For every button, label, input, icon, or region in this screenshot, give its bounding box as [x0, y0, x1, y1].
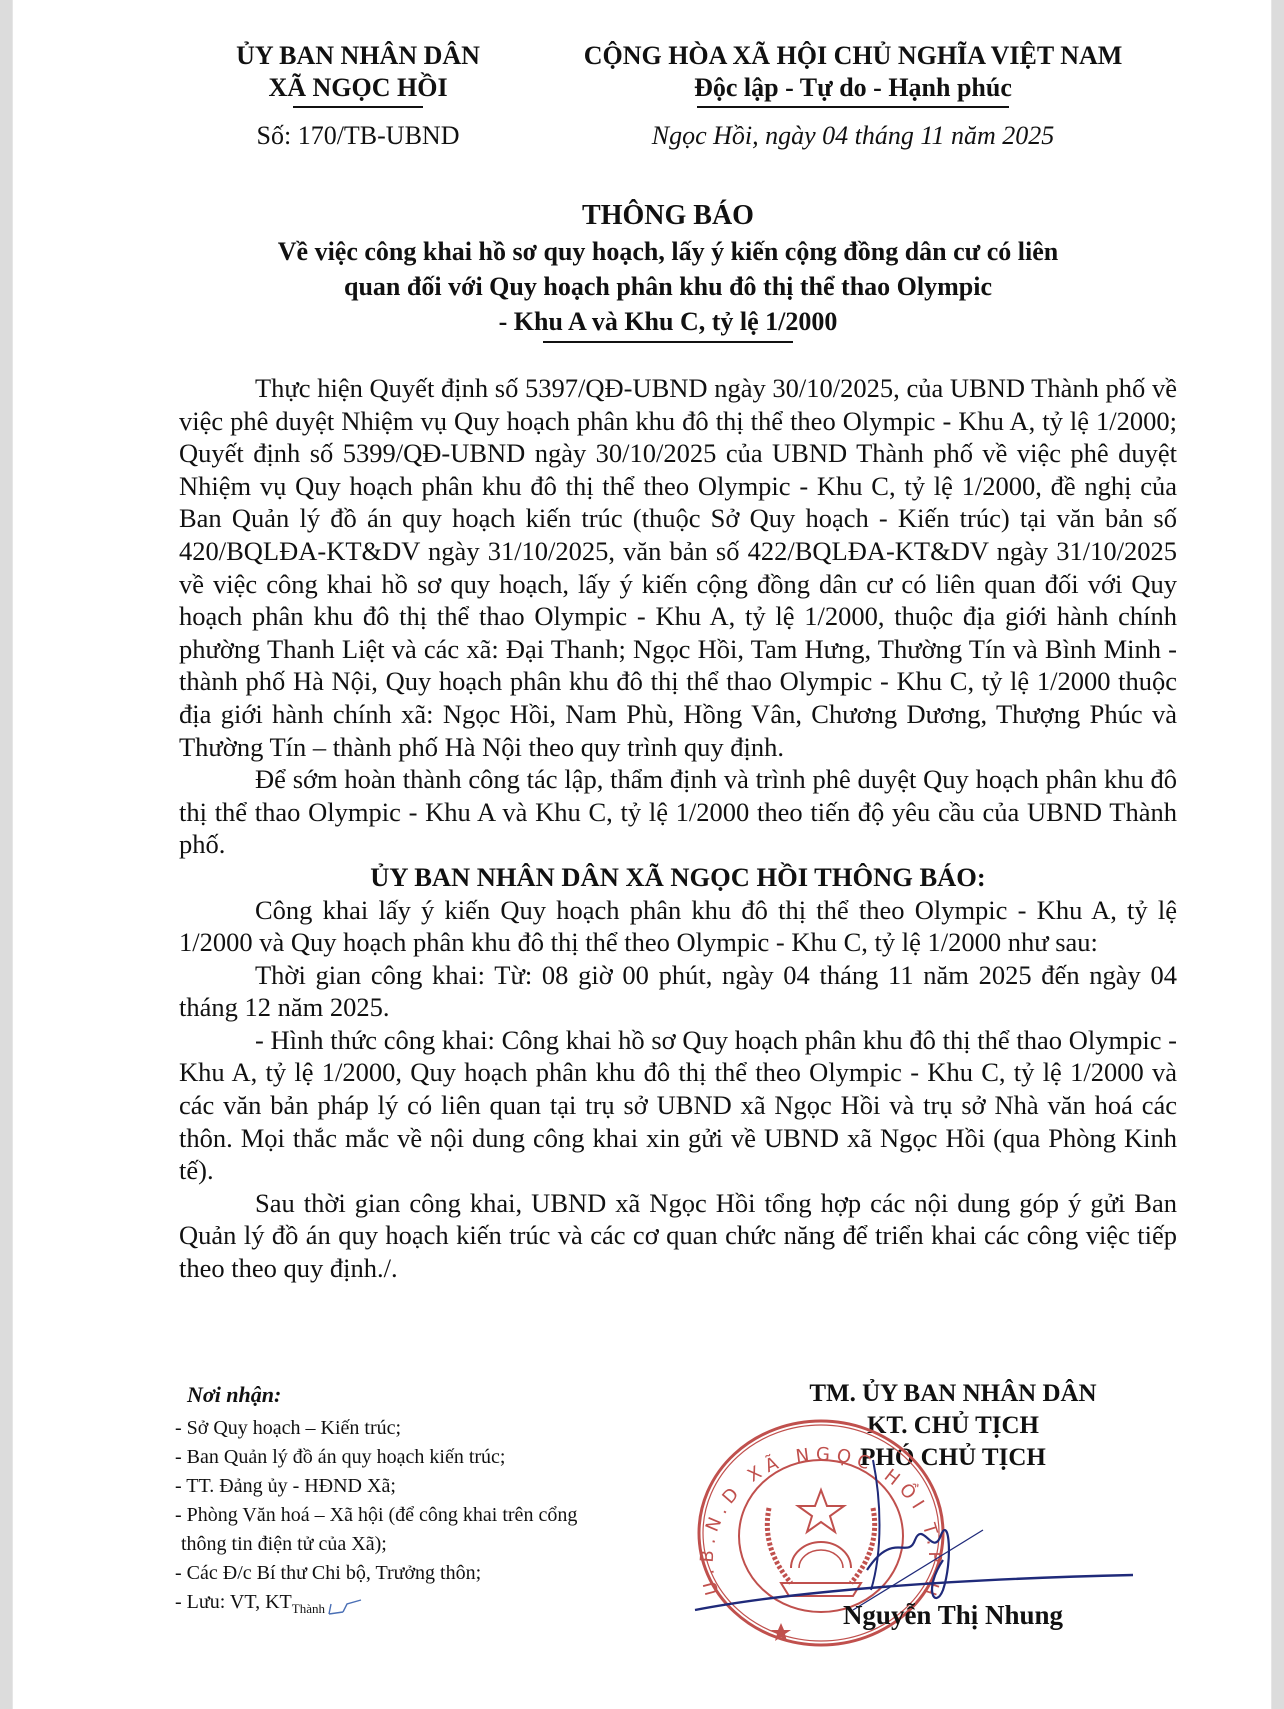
title-subject-line-1: Về việc công khai hồ sơ quy hoạch, lấy ý… — [163, 234, 1173, 269]
issuing-agency-block: ỦY BAN NHÂN DÂN XÃ NGỌC HỒI Số: 170/TB-U… — [163, 40, 553, 152]
recipient-item: - Phòng Văn hoá – Xã hội (để công khai t… — [175, 1501, 645, 1530]
recipient-item: thông tin điện tử của Xã); — [175, 1530, 645, 1559]
agency-underline — [293, 106, 423, 108]
recipient-item-archive: - Lưu: VT, KTThành — [175, 1588, 645, 1623]
signer-name: Nguyễn Thị Nhung — [713, 1600, 1193, 1631]
archive-label: - Lưu: VT, KT — [175, 1591, 292, 1613]
recipient-item: - Sở Quy hoạch – Kiến trúc; — [175, 1414, 645, 1443]
agency-line-2: XÃ NGỌC HỒI — [163, 72, 553, 104]
title-subject-line-2: quan đối với Quy hoạch phân khu đô thị t… — [163, 269, 1173, 304]
recipients-block: Nơi nhận: - Sở Quy hoạch – Kiến trúc; - … — [175, 1380, 645, 1623]
recipient-item: - Ban Quản lý đồ án quy hoạch kiến trúc; — [175, 1443, 645, 1472]
agency-line-1: ỦY BAN NHÂN DÂN — [163, 40, 553, 72]
motto-underline — [697, 106, 1009, 108]
initials-mark-icon — [325, 1596, 365, 1618]
publication-method: - Hình thức công khai: Công khai hồ sơ Q… — [179, 1024, 1177, 1187]
archive-subscript: Thành — [292, 1601, 325, 1616]
title-subject-line-3: - Khu A và Khu C, tỷ lệ 1/2000 — [163, 304, 1173, 339]
recipient-item: - TT. Đảng ủy - HĐND Xã; — [175, 1472, 645, 1501]
announcement-heading: ỦY BAN NHÂN DÂN XÃ NGỌC HỒI THÔNG BÁO: — [179, 861, 1177, 894]
recipient-item: - Các Đ/c Bí thư Chi bộ, Trưởng thôn; — [175, 1559, 645, 1588]
recipients-list: - Sở Quy hoạch – Kiến trúc; - Ban Quản l… — [175, 1414, 645, 1623]
document-title: THÔNG BÁO — [163, 198, 1173, 234]
signature-line-1: TM. ỦY BAN NHÂN DÂN — [713, 1378, 1193, 1410]
document-number: Số: 170/TB-UBND — [163, 120, 553, 152]
document-page: ỦY BAN NHÂN DÂN XÃ NGỌC HỒI Số: 170/TB-U… — [12, 0, 1272, 1709]
body-paragraph: Thực hiện Quyết định số 5397/QĐ-UBND ngà… — [179, 372, 1177, 763]
body-paragraph: Công khai lấy ý kiến Quy hoạch phân khu … — [179, 894, 1177, 959]
national-motto: Độc lập - Tự do - Hạnh phúc — [533, 72, 1173, 104]
document-body: Thực hiện Quyết định số 5397/QĐ-UBND ngà… — [179, 372, 1177, 1285]
national-header-block: CỘNG HÒA XÃ HỘI CHỦ NGHĨA VIỆT NAM Độc l… — [533, 40, 1173, 152]
publication-time: Thời gian công khai: Từ: 08 giờ 00 phút,… — [179, 959, 1177, 1024]
title-underline — [543, 341, 793, 343]
recipients-title: Nơi nhận: — [187, 1380, 645, 1410]
body-paragraph: Sau thời gian công khai, UBND xã Ngọc Hồ… — [179, 1187, 1177, 1285]
nation-name: CỘNG HÒA XÃ HỘI CHỦ NGHĨA VIỆT NAM — [533, 40, 1173, 72]
body-paragraph: Để sớm hoàn thành công tác lập, thẩm địn… — [179, 763, 1177, 861]
document-title-block: THÔNG BÁO Về việc công khai hồ sơ quy ho… — [163, 198, 1173, 343]
place-date: Ngọc Hồi, ngày 04 tháng 11 năm 2025 — [533, 120, 1173, 152]
